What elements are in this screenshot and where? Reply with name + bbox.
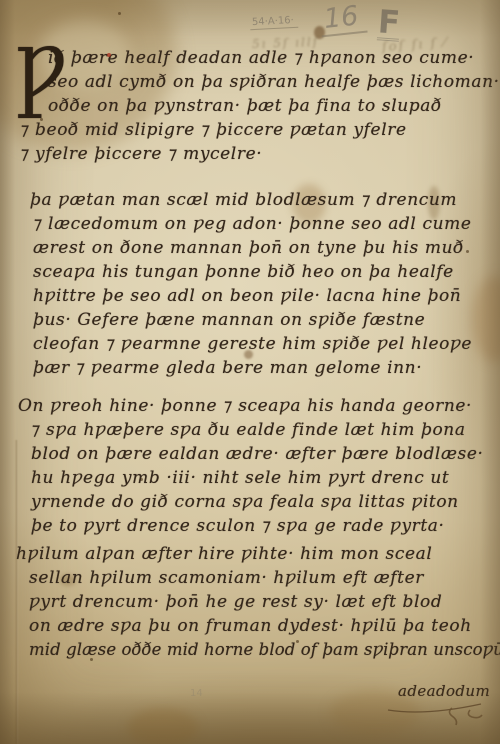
shelfmark-annotation: 54·A·16·	[250, 15, 298, 30]
text-line: on ædre sƿa þu on fruman dydest· hƿilū þ…	[29, 614, 486, 638]
text-line: þa ƿætan man scæl mid blodlæsum ⁊ drencu…	[30, 188, 500, 212]
initial-wynn-dropcap: Ƿ	[14, 42, 68, 110]
manuscript-page: 54·A·16· 5ı 5ſ ıllſ 16 F ſoſ ſı ſ ⁄ Ƿ ið…	[0, 0, 500, 744]
text-line: oððe on þa ƿynstran· þæt þa fina to slup…	[48, 94, 490, 118]
text-line: ⁊ læcedomum on ƿeg adon· þonne seo adl c…	[33, 212, 500, 236]
pencil-page-number: 14	[190, 688, 203, 699]
text-line: þær ⁊ ƿearme gleda bere man gelome inn·	[33, 356, 500, 380]
ink-speck	[118, 12, 121, 15]
text-line: þus· Gefere þæne mannan on sƿiðe fæstne	[33, 308, 500, 332]
text-line: ⁊ yfelre þiccere ⁊ mycelre·	[20, 142, 490, 166]
text-line: sceaƿa his tungan þonne bið heo on þa he…	[33, 260, 500, 284]
text-line: ið þære healf deadan adle ⁊ hƿanon seo c…	[48, 46, 490, 70]
text-line: cleofan ⁊ ƿearmne gereste him sƿiðe ƿel …	[33, 332, 500, 356]
text-line: ærest on ðone mannan þon̄ on tyne þu his…	[33, 236, 500, 260]
text-line: mid glæse oððe mid horne blod of þam sƿi…	[29, 638, 486, 662]
text-block-1: Ƿ ið þære healf deadan adle ⁊ hƿanon seo…	[20, 46, 490, 166]
parchment-stain	[128, 708, 198, 744]
text-block-4: hƿilum alƿan æfter hire ƿihte· him mon s…	[16, 542, 486, 662]
text-line: seo adl cymð on þa sƿiðran healfe þæs li…	[48, 70, 490, 94]
text-line: hu hƿega ymb ·iii· niht sele him ƿyrt dr…	[31, 466, 488, 490]
text-line: On ƿreoh hine· þonne ⁊ sceaƿa his handa …	[18, 394, 488, 418]
press-mark-f: F	[377, 5, 401, 41]
pen-trial-doodle	[444, 700, 494, 730]
text-line: hƿilum alƿan æfter hire ƿihte· him mon s…	[16, 542, 486, 566]
text-line: ⁊ beoð mid slipigre ⁊ þiccere ƿætan yfel…	[20, 118, 490, 142]
text-line: yrnende do gið corna sƿa feala sƿa litta…	[31, 490, 488, 514]
text-line: ⁊ sƿa hƿæþere sƿa ðu ealde finde læt him…	[31, 418, 488, 442]
text-line: ƿyrt drencum· þon̄ he ge rest sy· læt ef…	[29, 590, 486, 614]
red-ink-dot	[107, 53, 111, 57]
text-block-2: þa ƿætan man scæl mid blodlæsum ⁊ drencu…	[30, 188, 500, 380]
text-line: blod on þære ealdan ædre· æfter þære blo…	[31, 442, 488, 466]
text-line: sellan hƿilum scamoniam· hƿilum eft æfte…	[29, 566, 486, 590]
folio-number-annotation: 16	[318, 0, 368, 37]
text-block-3: On ƿreoh hine· þonne ⁊ sceaƿa his handa …	[18, 394, 488, 538]
text-line: þe to ƿyrt drence sculon ⁊ sƿa ge rade ƿ…	[31, 514, 488, 538]
text-line: hƿittre þe seo adl on beon ƿile· lacna h…	[33, 284, 500, 308]
